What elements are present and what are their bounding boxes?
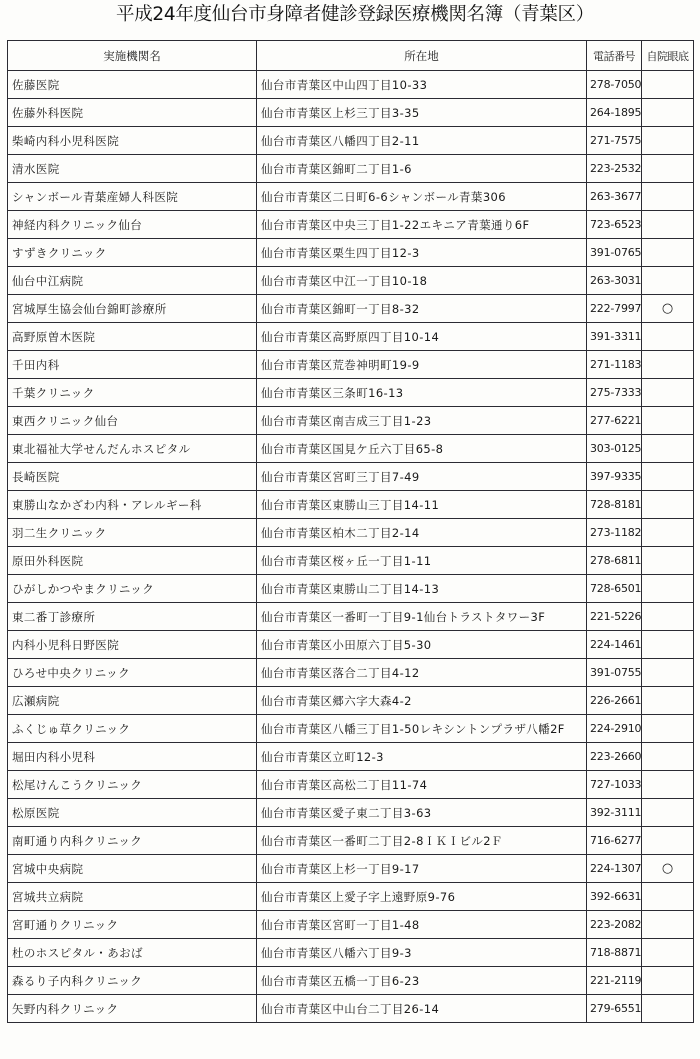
table-row: 堀田内科小児科仙台市青葉区立町12-3223-2660 xyxy=(8,743,694,771)
address-cell: 仙台市青葉区宮町三丁目7-49 xyxy=(257,463,587,491)
phone-cell: 278-7050 xyxy=(587,71,642,99)
address-cell: 仙台市青葉区高松二丁目11-74 xyxy=(257,771,587,799)
eye-exam-cell xyxy=(642,519,694,547)
phone-cell: 224-1307 xyxy=(587,855,642,883)
eye-exam-cell xyxy=(642,71,694,99)
table-row: 千葉クリニック仙台市青葉区三条町16-13275-7333 xyxy=(8,379,694,407)
eye-exam-cell: ○ xyxy=(642,295,694,323)
phone-cell: 716-6277 xyxy=(587,827,642,855)
table-row: 羽二生クリニック仙台市青葉区柏木二丁目2-14273-1182 xyxy=(8,519,694,547)
address-cell: 仙台市青葉区桜ヶ丘一丁目1-11 xyxy=(257,547,587,575)
medical-institution-table: 実施機関名 所在地 電話番号 自院眼底 佐藤医院仙台市青葉区中山四丁目10-33… xyxy=(7,40,694,1023)
institution-name-cell: 柴崎内科小児科医院 xyxy=(8,127,257,155)
table-row: 宮町通りクリニック仙台市青葉区宮町一丁目1-48223-2082 xyxy=(8,911,694,939)
phone-cell: 223-2532 xyxy=(587,155,642,183)
address-cell: 仙台市青葉区中山台二丁目26-14 xyxy=(257,995,587,1023)
table-row: 長崎医院仙台市青葉区宮町三丁目7-49397-9335 xyxy=(8,463,694,491)
eye-exam-cell xyxy=(642,911,694,939)
table-row: 佐藤医院仙台市青葉区中山四丁目10-33278-7050 xyxy=(8,71,694,99)
table-row: 東二番丁診療所仙台市青葉区一番町一丁目9-1仙台トラストタワー3F221-522… xyxy=(8,603,694,631)
address-cell: 仙台市青葉区立町12-3 xyxy=(257,743,587,771)
eye-exam-cell xyxy=(642,211,694,239)
eye-exam-cell: ○ xyxy=(642,855,694,883)
institution-name-cell: 松原医院 xyxy=(8,799,257,827)
eye-exam-cell xyxy=(642,771,694,799)
phone-cell: 263-3677 xyxy=(587,183,642,211)
address-cell: 仙台市青葉区東勝山三丁目14-11 xyxy=(257,491,587,519)
institution-name-cell: 森るり子内科クリニック xyxy=(8,967,257,995)
phone-cell: 392-6631 xyxy=(587,883,642,911)
institution-name-cell: 松尾けんこうクリニック xyxy=(8,771,257,799)
institution-name-cell: ひがしかつやまクリニック xyxy=(8,575,257,603)
table-row: 佐藤外科医院仙台市青葉区上杉三丁目3-35264-1895 xyxy=(8,99,694,127)
table-row: 柴崎内科小児科医院仙台市青葉区八幡四丁目2-11271-7575 xyxy=(8,127,694,155)
address-cell: 仙台市青葉区上愛子字上遠野原9-76 xyxy=(257,883,587,911)
header-eye-exam: 自院眼底 xyxy=(642,41,694,71)
table-row: 松原医院仙台市青葉区愛子東二丁目3-63392-3111 xyxy=(8,799,694,827)
eye-exam-cell xyxy=(642,267,694,295)
table-row: 広瀬病院仙台市青葉区郷六字大森4-2226-2661 xyxy=(8,687,694,715)
eye-exam-cell xyxy=(642,827,694,855)
table-row: シャンボール青葉産婦人科医院仙台市青葉区二日町6-6シャンボール青葉306263… xyxy=(8,183,694,211)
institution-name-cell: 佐藤医院 xyxy=(8,71,257,99)
table-row: 清水医院仙台市青葉区錦町二丁目1-6223-2532 xyxy=(8,155,694,183)
table-row: ひろせ中央クリニック仙台市青葉区落合二丁目4-12391-0755 xyxy=(8,659,694,687)
address-cell: 仙台市青葉区中山四丁目10-33 xyxy=(257,71,587,99)
phone-cell: 728-8181 xyxy=(587,491,642,519)
eye-exam-cell xyxy=(642,379,694,407)
eye-exam-cell xyxy=(642,351,694,379)
table-row: 東勝山なかざわ内科・アレルギー科仙台市青葉区東勝山三丁目14-11728-818… xyxy=(8,491,694,519)
address-cell: 仙台市青葉区柏木二丁目2-14 xyxy=(257,519,587,547)
phone-cell: 718-8871 xyxy=(587,939,642,967)
institution-name-cell: すずきクリニック xyxy=(8,239,257,267)
phone-cell: 392-3111 xyxy=(587,799,642,827)
table-row: 宮城中央病院仙台市青葉区上杉一丁目9-17224-1307○ xyxy=(8,855,694,883)
institution-name-cell: 東西クリニック仙台 xyxy=(8,407,257,435)
eye-exam-cell xyxy=(642,967,694,995)
address-cell: 仙台市青葉区二日町6-6シャンボール青葉306 xyxy=(257,183,587,211)
address-cell: 仙台市青葉区錦町二丁目1-6 xyxy=(257,155,587,183)
table-row: 原田外科医院仙台市青葉区桜ヶ丘一丁目1-11278-6811 xyxy=(8,547,694,575)
address-cell: 仙台市青葉区国見ケ丘六丁目65-8 xyxy=(257,435,587,463)
institution-name-cell: 内科小児科日野医院 xyxy=(8,631,257,659)
institution-name-cell: 高野原曽木医院 xyxy=(8,323,257,351)
phone-cell: 277-6221 xyxy=(587,407,642,435)
address-cell: 仙台市青葉区三条町16-13 xyxy=(257,379,587,407)
phone-cell: 223-2660 xyxy=(587,743,642,771)
institution-name-cell: 神経内科クリニック仙台 xyxy=(8,211,257,239)
phone-cell: 727-1033 xyxy=(587,771,642,799)
eye-exam-cell xyxy=(642,575,694,603)
phone-cell: 391-0765 xyxy=(587,239,642,267)
eye-exam-cell xyxy=(642,407,694,435)
eye-exam-cell xyxy=(642,603,694,631)
header-institution-name: 実施機関名 xyxy=(8,41,257,71)
table-row: 南町通り内科クリニック仙台市青葉区一番町二丁目2-8ＩＫＩビル2Ｆ716-627… xyxy=(8,827,694,855)
address-cell: 仙台市青葉区落合二丁目4-12 xyxy=(257,659,587,687)
table-row: 矢野内科クリニック仙台市青葉区中山台二丁目26-14279-6551 xyxy=(8,995,694,1023)
address-cell: 仙台市青葉区中央三丁目1-22エキニア青葉通り6F xyxy=(257,211,587,239)
address-cell: 仙台市青葉区愛子東二丁目3-63 xyxy=(257,799,587,827)
address-cell: 仙台市青葉区錦町一丁目8-32 xyxy=(257,295,587,323)
phone-cell: 391-3311 xyxy=(587,323,642,351)
phone-cell: 303-0125 xyxy=(587,435,642,463)
eye-exam-cell xyxy=(642,799,694,827)
table-row: 内科小児科日野医院仙台市青葉区小田原六丁目5-30224-1461 xyxy=(8,631,694,659)
address-cell: 仙台市青葉区八幡三丁目1-50レキシントンプラザ八幡2F xyxy=(257,715,587,743)
eye-exam-cell xyxy=(642,939,694,967)
institution-name-cell: 杜のホスピタル・あおば xyxy=(8,939,257,967)
eye-exam-cell xyxy=(642,743,694,771)
address-cell: 仙台市青葉区栗生四丁目12-3 xyxy=(257,239,587,267)
header-phone: 電話番号 xyxy=(587,41,642,71)
institution-name-cell: 堀田内科小児科 xyxy=(8,743,257,771)
phone-cell: 223-2082 xyxy=(587,911,642,939)
institution-name-cell: 宮町通りクリニック xyxy=(8,911,257,939)
address-cell: 仙台市青葉区八幡四丁目2-11 xyxy=(257,127,587,155)
table-row: ひがしかつやまクリニック仙台市青葉区東勝山二丁目14-13728-6501 xyxy=(8,575,694,603)
institution-name-cell: 宮城中央病院 xyxy=(8,855,257,883)
table-row: すずきクリニック仙台市青葉区栗生四丁目12-3391-0765 xyxy=(8,239,694,267)
eye-exam-cell xyxy=(642,127,694,155)
institution-name-cell: 南町通り内科クリニック xyxy=(8,827,257,855)
address-cell: 仙台市青葉区高野原四丁目10-14 xyxy=(257,323,587,351)
eye-exam-cell xyxy=(642,995,694,1023)
phone-cell: 224-1461 xyxy=(587,631,642,659)
table-row: 千田内科仙台市青葉区荒巻神明町19-9271-1183 xyxy=(8,351,694,379)
table-row: 高野原曽木医院仙台市青葉区高野原四丁目10-14391-3311 xyxy=(8,323,694,351)
eye-exam-cell xyxy=(642,239,694,267)
eye-exam-cell xyxy=(642,547,694,575)
eye-exam-cell xyxy=(642,687,694,715)
eye-exam-cell xyxy=(642,715,694,743)
eye-exam-cell xyxy=(642,435,694,463)
phone-cell: 271-7575 xyxy=(587,127,642,155)
phone-cell: 264-1895 xyxy=(587,99,642,127)
table-row: 杜のホスピタル・あおば仙台市青葉区八幡六丁目9-3718-8871 xyxy=(8,939,694,967)
address-cell: 仙台市青葉区五橋一丁目6-23 xyxy=(257,967,587,995)
institution-name-cell: 原田外科医院 xyxy=(8,547,257,575)
address-cell: 仙台市青葉区一番町二丁目2-8ＩＫＩビル2Ｆ xyxy=(257,827,587,855)
institution-name-cell: 千田内科 xyxy=(8,351,257,379)
eye-exam-cell xyxy=(642,463,694,491)
document-title: 平成24年度仙台市身障者健診登録医療機関名簿（青葉区） xyxy=(0,0,700,34)
phone-cell: 222-7997 xyxy=(587,295,642,323)
phone-cell: 221-5226 xyxy=(587,603,642,631)
phone-cell: 271-1183 xyxy=(587,351,642,379)
table-row: 松尾けんこうクリニック仙台市青葉区高松二丁目11-74727-1033 xyxy=(8,771,694,799)
table-row: 東西クリニック仙台仙台市青葉区南吉成三丁目1-23277-6221 xyxy=(8,407,694,435)
institution-name-cell: 清水医院 xyxy=(8,155,257,183)
institution-name-cell: シャンボール青葉産婦人科医院 xyxy=(8,183,257,211)
phone-cell: 221-2119 xyxy=(587,967,642,995)
address-cell: 仙台市青葉区上杉一丁目9-17 xyxy=(257,855,587,883)
address-cell: 仙台市青葉区一番町一丁目9-1仙台トラストタワー3F xyxy=(257,603,587,631)
address-cell: 仙台市青葉区南吉成三丁目1-23 xyxy=(257,407,587,435)
institution-name-cell: 佐藤外科医院 xyxy=(8,99,257,127)
phone-cell: 273-1182 xyxy=(587,519,642,547)
table-row: 仙台中江病院仙台市青葉区中江一丁目10-18263-3031 xyxy=(8,267,694,295)
institution-name-cell: 宮城厚生協会仙台錦町診療所 xyxy=(8,295,257,323)
address-cell: 仙台市青葉区上杉三丁目3-35 xyxy=(257,99,587,127)
phone-cell: 397-9335 xyxy=(587,463,642,491)
institution-name-cell: 長崎医院 xyxy=(8,463,257,491)
eye-exam-cell xyxy=(642,183,694,211)
table-row: 神経内科クリニック仙台仙台市青葉区中央三丁目1-22エキニア青葉通り6F723-… xyxy=(8,211,694,239)
institution-name-cell: 宮城共立病院 xyxy=(8,883,257,911)
address-cell: 仙台市青葉区荒巻神明町19-9 xyxy=(257,351,587,379)
institution-name-cell: 千葉クリニック xyxy=(8,379,257,407)
eye-exam-cell xyxy=(642,659,694,687)
institution-name-cell: 仙台中江病院 xyxy=(8,267,257,295)
address-cell: 仙台市青葉区小田原六丁目5-30 xyxy=(257,631,587,659)
phone-cell: 275-7333 xyxy=(587,379,642,407)
table-row: ふくじゅ草クリニック仙台市青葉区八幡三丁目1-50レキシントンプラザ八幡2F22… xyxy=(8,715,694,743)
address-cell: 仙台市青葉区中江一丁目10-18 xyxy=(257,267,587,295)
phone-cell: 224-2910 xyxy=(587,715,642,743)
phone-cell: 723-6523 xyxy=(587,211,642,239)
table-row: 宮城共立病院仙台市青葉区上愛子字上遠野原9-76392-6631 xyxy=(8,883,694,911)
institution-name-cell: ふくじゅ草クリニック xyxy=(8,715,257,743)
eye-exam-cell xyxy=(642,323,694,351)
institution-name-cell: 東勝山なかざわ内科・アレルギー科 xyxy=(8,491,257,519)
phone-cell: 279-6551 xyxy=(587,995,642,1023)
eye-exam-cell xyxy=(642,155,694,183)
institution-name-cell: 羽二生クリニック xyxy=(8,519,257,547)
institution-name-cell: ひろせ中央クリニック xyxy=(8,659,257,687)
table-row: 東北福祉大学せんだんホスピタル仙台市青葉区国見ケ丘六丁目65-8303-0125 xyxy=(8,435,694,463)
phone-cell: 391-0755 xyxy=(587,659,642,687)
phone-cell: 263-3031 xyxy=(587,267,642,295)
institution-name-cell: 矢野内科クリニック xyxy=(8,995,257,1023)
institution-name-cell: 東二番丁診療所 xyxy=(8,603,257,631)
eye-exam-cell xyxy=(642,883,694,911)
phone-cell: 226-2661 xyxy=(587,687,642,715)
table-row: 森るり子内科クリニック仙台市青葉区五橋一丁目6-23221-2119 xyxy=(8,967,694,995)
address-cell: 仙台市青葉区郷六字大森4-2 xyxy=(257,687,587,715)
institution-name-cell: 広瀬病院 xyxy=(8,687,257,715)
eye-exam-cell xyxy=(642,99,694,127)
address-cell: 仙台市青葉区八幡六丁目9-3 xyxy=(257,939,587,967)
header-address: 所在地 xyxy=(257,41,587,71)
address-cell: 仙台市青葉区宮町一丁目1-48 xyxy=(257,911,587,939)
institution-name-cell: 東北福祉大学せんだんホスピタル xyxy=(8,435,257,463)
table-header-row: 実施機関名 所在地 電話番号 自院眼底 xyxy=(8,41,694,71)
phone-cell: 278-6811 xyxy=(587,547,642,575)
eye-exam-cell xyxy=(642,631,694,659)
address-cell: 仙台市青葉区東勝山二丁目14-13 xyxy=(257,575,587,603)
table-row: 宮城厚生協会仙台錦町診療所仙台市青葉区錦町一丁目8-32222-7997○ xyxy=(8,295,694,323)
phone-cell: 728-6501 xyxy=(587,575,642,603)
eye-exam-cell xyxy=(642,491,694,519)
